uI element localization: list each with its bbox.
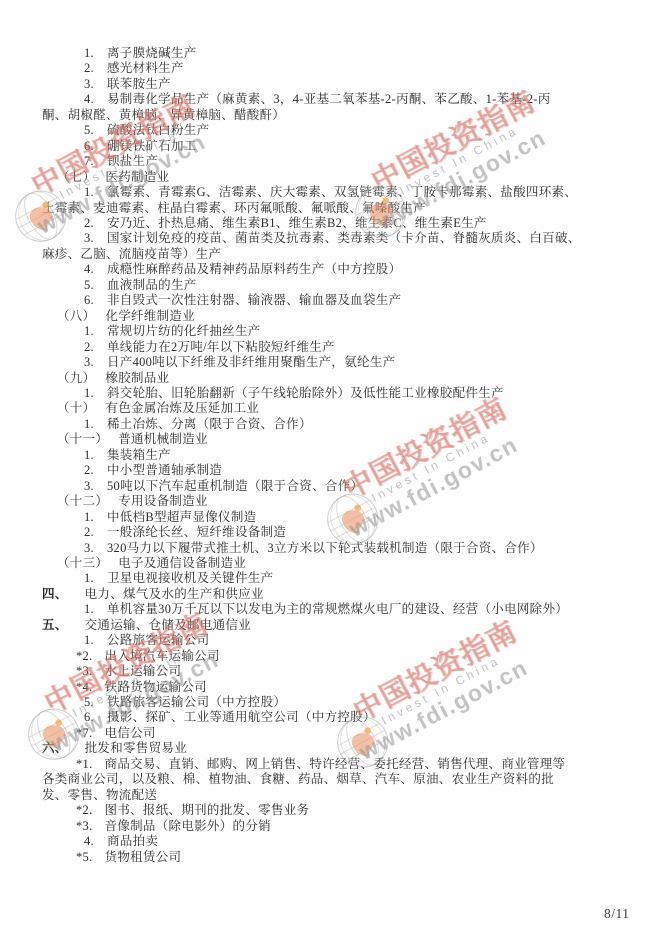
- document-line: （九）橡胶制品业: [0, 371, 661, 386]
- document-line: 六、批发和零售贸易业: [0, 741, 661, 756]
- document-line: *3.水上运输公司: [0, 664, 661, 679]
- line-text: 各类商业公司，以及粮、棉、植物油、食糖、药品、烟草、汽车、原油、农业生产资料的批: [42, 772, 554, 786]
- document-line: 5.铁路旅客运输公司（中方控股）: [0, 695, 661, 710]
- line-marker: 2.: [84, 216, 94, 231]
- line-text: 公路旅客运输公司: [107, 633, 209, 647]
- line-text: 有色金属冶炼及压延加工业: [105, 401, 259, 415]
- line-text: 易制毒化学品生产（麻黄素、3，4-亚基二氧苯基-2-丙酮、苯乙酸、1-苯基-2-…: [107, 92, 551, 106]
- line-marker: 四、: [42, 587, 68, 602]
- document-page: 中国投资指南 Invest In China www.fdi.gov.cn 中国…: [0, 0, 661, 936]
- document-line: 3.320马力以下履带式推土机、3立方米以下轮式装载机制造（限于合资、合作）: [0, 541, 661, 556]
- document-line: 五、交通运输、仓储及邮电通信业: [0, 618, 661, 633]
- line-marker: 1.: [84, 324, 94, 339]
- document-line: （十一）普通机械制造业: [0, 432, 661, 447]
- line-marker: 3.: [84, 355, 94, 370]
- line-text: 感光材料生产: [107, 61, 184, 75]
- line-marker: 4.: [84, 834, 94, 849]
- line-marker: 4.: [84, 92, 94, 107]
- line-marker: 2.: [84, 463, 94, 478]
- line-text: 发、零售、物流配送: [42, 788, 157, 802]
- line-marker: *2.: [76, 649, 93, 664]
- line-marker: （十一）: [57, 432, 108, 447]
- line-marker: （七）: [57, 170, 95, 185]
- line-text: 化学纤维制造业: [105, 309, 195, 323]
- line-text: 专用设备制造业: [118, 494, 208, 508]
- document-line: 3.国家计划免疫的疫苗、菌苗类及抗毒素、类毒素类（卡介苗、脊髓灰质炎、白百破、: [0, 231, 661, 246]
- document-line: 4.商品拍卖: [0, 834, 661, 849]
- line-marker: （十二）: [57, 494, 108, 509]
- line-text: 安乃近、扑热息痛、维生素B1、维生素B2、维生素C、维生素E生产: [107, 216, 487, 230]
- line-marker: 3.: [84, 231, 94, 246]
- line-marker: 1.: [84, 185, 94, 200]
- line-marker: 1.: [84, 386, 94, 401]
- line-text: 电信公司: [105, 726, 156, 740]
- document-line: 6.摄影、探矿、工业等通用航空公司（中方控股）: [0, 710, 661, 725]
- line-marker: （八）: [57, 309, 95, 324]
- document-line: *3.音像制品（除电影外）的分销: [0, 819, 661, 834]
- document-line: 4.成瘾性麻醉药品及精神药品原料药生产（中方控股）: [0, 262, 661, 277]
- line-marker: 6.: [84, 710, 94, 725]
- document-line: 2.中小型普通轴承制造: [0, 463, 661, 478]
- line-text: 卫星电视接收机及关键件生产: [107, 571, 273, 585]
- document-line: （十二）专用设备制造业: [0, 494, 661, 509]
- line-text: 商品拍卖: [107, 834, 158, 848]
- line-text: 非自毁式一次性注射器、输液器、输血器及血袋生产: [107, 293, 401, 307]
- line-marker: 3.: [84, 479, 94, 494]
- document-line: 5.血液制品的生产: [0, 278, 661, 293]
- line-marker: 五、: [42, 618, 68, 633]
- line-text: 音像制品（除电影外）的分销: [105, 819, 271, 833]
- line-marker: 2.: [84, 61, 94, 76]
- line-marker: 2.: [84, 525, 94, 540]
- line-text: 氯霉素、青霉素G、洁霉素、庆大霉素、双氢链霉素、丁胺卡那霉素、盐酸四环素、: [107, 185, 577, 199]
- document-line: 1.离子膜烧碱生产: [0, 46, 661, 61]
- document-line: 2.感光材料生产: [0, 61, 661, 76]
- line-marker: 5.: [84, 278, 94, 293]
- line-marker: 1.: [84, 417, 94, 432]
- line-text: 常规切片纺的化纤抽丝生产: [107, 324, 261, 338]
- document-line: 酮、胡椒醛、黄樟脑、异黄樟脑、醋酸酐）: [0, 108, 661, 123]
- document-line: *5.货物租赁公司: [0, 850, 661, 865]
- document-line: 发、零售、物流配送: [0, 788, 661, 803]
- line-text: 批发和零售贸易业: [85, 741, 187, 755]
- line-text: 水上运输公司: [105, 664, 182, 678]
- line-marker: 六、: [42, 741, 68, 756]
- line-text: 集装箱生产: [107, 448, 171, 462]
- document-line: *1.商品交易、直销、邮购、网上销售、特许经营、委托经营、销售代理、商业管理等: [0, 757, 661, 772]
- document-body: 1.离子膜烧碱生产2.感光材料生产3.联苯胺生产4.易制毒化学品生产（麻黄素、3…: [0, 46, 661, 865]
- document-line: 3.日产400吨以下纤维及非纤维用聚酯生产，氨纶生产: [0, 355, 661, 370]
- line-marker: 6.: [84, 293, 94, 308]
- document-line: *2.图书、报纸、期刊的批发、零售业务: [0, 803, 661, 818]
- line-text: 钡盐生产: [107, 154, 158, 168]
- line-text: 单机容量30万千瓦以下以发电为主的常规燃煤火电厂的建设、经营（小电网除外）: [107, 602, 568, 616]
- document-line: 1.中低档B型超声显像仪制造: [0, 510, 661, 525]
- line-marker: 2.: [84, 340, 94, 355]
- document-line: 2.单线能力在2万吨/年以下粘胶短纤维生产: [0, 340, 661, 355]
- document-line: 1.单机容量30万千瓦以下以发电为主的常规燃煤火电厂的建设、经营（小电网除外）: [0, 602, 661, 617]
- line-marker: *7.: [76, 726, 93, 741]
- line-marker: （九）: [57, 371, 95, 386]
- page-number: 8/11: [604, 906, 630, 922]
- line-marker: 5.: [84, 695, 94, 710]
- line-marker: 5.: [84, 123, 94, 138]
- document-line: 3.联苯胺生产: [0, 77, 661, 92]
- line-marker: 1.: [84, 448, 94, 463]
- document-line: *4.铁路货物运输公司: [0, 680, 661, 695]
- line-text: 日产400吨以下纤维及非纤维用聚酯生产，氨纶生产: [107, 355, 395, 369]
- line-text: 商品交易、直销、邮购、网上销售、特许经营、委托经营、销售代理、商业管理等: [105, 757, 566, 771]
- document-line: *7.电信公司: [0, 726, 661, 741]
- line-text: 铁路旅客运输公司（中方控股）: [107, 695, 286, 709]
- line-text: 土霉素、麦迪霉素、柱晶白霉素、环丙氟哌酸、氟哌酸、氟嗪酸生产: [42, 201, 426, 215]
- line-marker: *1.: [76, 757, 93, 772]
- line-text: 铁路货物运输公司: [105, 680, 207, 694]
- line-text: 血液制品的生产: [107, 278, 197, 292]
- line-text: 出入境汽车运输公司: [105, 649, 220, 663]
- line-text: 中小型普通轴承制造: [107, 463, 222, 477]
- document-line: 四、电力、煤气及水的生产和供应业: [0, 587, 661, 602]
- document-line: 各类商业公司，以及粮、棉、植物油、食糖、药品、烟草、汽车、原油、农业生产资料的批: [0, 772, 661, 787]
- document-line: 6.硼镁铁矿石加工: [0, 139, 661, 154]
- line-text: 国家计划免疫的疫苗、菌苗类及抗毒素、类毒素类（卡介苗、脊髓灰质炎、白百破、: [107, 231, 581, 245]
- document-line: 1.公路旅客运输公司: [0, 633, 661, 648]
- document-line: 1.常规切片纺的化纤抽丝生产: [0, 324, 661, 339]
- line-text: 离子膜烧碱生产: [107, 46, 197, 60]
- line-text: 麻疹、乙脑、流脑疫苗等）生产: [42, 247, 221, 261]
- line-marker: 6.: [84, 139, 94, 154]
- line-text: 交通运输、仓储及邮电通信业: [85, 618, 251, 632]
- line-text: 图书、报纸、期刊的批发、零售业务: [105, 803, 310, 817]
- line-text: 中低档B型超声显像仪制造: [107, 510, 256, 524]
- line-text: 斜交轮胎、旧轮胎翻新（子午线轮胎除外）及低性能工业橡胶配件生产: [107, 386, 504, 400]
- line-marker: （十）: [57, 401, 95, 416]
- document-line: 2.安乃近、扑热息痛、维生素B1、维生素B2、维生素C、维生素E生产: [0, 216, 661, 231]
- line-text: 电子及通信设备制造业: [118, 556, 246, 570]
- line-text: 电力、煤气及水的生产和供应业: [85, 587, 264, 601]
- line-text: 硼镁铁矿石加工: [107, 139, 197, 153]
- document-line: 6.非自毁式一次性注射器、输液器、输血器及血袋生产: [0, 293, 661, 308]
- document-line: 土霉素、麦迪霉素、柱晶白霉素、环丙氟哌酸、氟哌酸、氟嗪酸生产: [0, 201, 661, 216]
- document-line: 1.卫星电视接收机及关键件生产: [0, 571, 661, 586]
- document-line: 1.集装箱生产: [0, 448, 661, 463]
- line-marker: 1.: [84, 602, 94, 617]
- document-line: 7.钡盐生产: [0, 154, 661, 169]
- document-line: 麻疹、乙脑、流脑疫苗等）生产: [0, 247, 661, 262]
- line-marker: *3.: [76, 664, 93, 679]
- line-text: 普通机械制造业: [118, 432, 208, 446]
- line-marker: *3.: [76, 819, 93, 834]
- document-line: *2.出入境汽车运输公司: [0, 649, 661, 664]
- line-marker: （十三）: [57, 556, 108, 571]
- line-marker: 1.: [84, 571, 94, 586]
- line-text: 摄影、探矿、工业等通用航空公司（中方控股）: [107, 710, 376, 724]
- line-marker: *5.: [76, 850, 93, 865]
- line-text: 酮、胡椒醛、黄樟脑、异黄樟脑、醋酸酐）: [42, 108, 285, 122]
- document-line: 2.一般涤纶长丝、短纤维设备制造: [0, 525, 661, 540]
- line-marker: 1.: [84, 633, 94, 648]
- line-marker: 7.: [84, 154, 94, 169]
- document-line: （十三）电子及通信设备制造业: [0, 556, 661, 571]
- document-line: 4.易制毒化学品生产（麻黄素、3，4-亚基二氧苯基-2-丙酮、苯乙酸、1-苯基-…: [0, 92, 661, 107]
- line-marker: 4.: [84, 262, 94, 277]
- line-text: 硫酸法钛白粉生产: [107, 123, 209, 137]
- line-marker: *2.: [76, 803, 93, 818]
- line-text: 联苯胺生产: [107, 77, 171, 91]
- document-line: 5.硫酸法钛白粉生产: [0, 123, 661, 138]
- line-text: 稀土冶炼、分离（限于合资、合作）: [107, 417, 312, 431]
- document-line: （八）化学纤维制造业: [0, 309, 661, 324]
- line-marker: 1.: [84, 46, 94, 61]
- document-line: 1.稀土冶炼、分离（限于合资、合作）: [0, 417, 661, 432]
- line-text: 成瘾性麻醉药品及精神药品原料药生产（中方控股）: [107, 262, 401, 276]
- line-text: 50吨以下汽车起重机制造（限于合资、合作）: [107, 479, 363, 493]
- line-text: 320马力以下履带式推土机、3立方米以下轮式装载机制造（限于合资、合作）: [107, 541, 543, 555]
- line-text: 单线能力在2万吨/年以下粘胶短纤维生产: [107, 340, 335, 354]
- document-line: 3.50吨以下汽车起重机制造（限于合资、合作）: [0, 479, 661, 494]
- line-marker: 3.: [84, 541, 94, 556]
- document-line: 1.斜交轮胎、旧轮胎翻新（子午线轮胎除外）及低性能工业橡胶配件生产: [0, 386, 661, 401]
- line-text: 一般涤纶长丝、短纤维设备制造: [107, 525, 286, 539]
- line-marker: 3.: [84, 77, 94, 92]
- document-line: 1.氯霉素、青霉素G、洁霉素、庆大霉素、双氢链霉素、丁胺卡那霉素、盐酸四环素、: [0, 185, 661, 200]
- document-line: （七）医药制造业: [0, 170, 661, 185]
- line-marker: 1.: [84, 510, 94, 525]
- line-text: 橡胶制品业: [105, 371, 169, 385]
- line-text: 货物租赁公司: [105, 850, 182, 864]
- document-line: （十）有色金属冶炼及压延加工业: [0, 401, 661, 416]
- line-marker: *4.: [76, 680, 93, 695]
- line-text: 医药制造业: [105, 170, 169, 184]
